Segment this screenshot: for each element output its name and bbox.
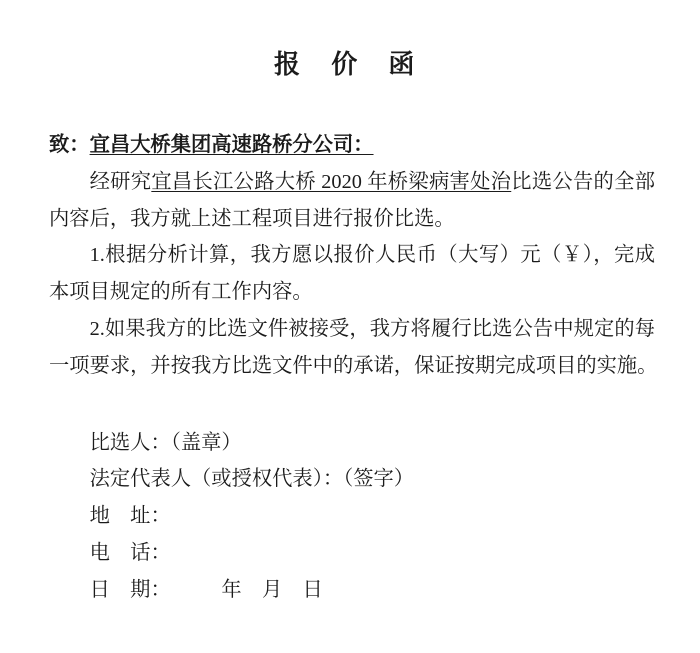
intro-tail: 比选公告的全部 — [511, 171, 655, 193]
salutation-prefix: 致： — [49, 134, 90, 156]
item1-line-1: 1.根据分析计算，我方愿以报价人民币（大写）元（￥），完成 — [49, 237, 655, 274]
bidder-line: 比选人：（盖章） — [90, 425, 655, 462]
item2-line-2: 一项要求，并按我方比选文件中的承诺，保证按期完成项目的实施。 — [49, 348, 655, 385]
intro-line-1: 经研究宜昌长江公路大桥 2020 年桥梁病害处治比选公告的全部 — [49, 164, 655, 201]
document-body: 致：宜昌大桥集团高速路桥分公司： 经研究宜昌长江公路大桥 2020 年桥梁病害处… — [49, 127, 655, 609]
intro-lead: 经研究 — [90, 171, 152, 193]
intro-line-2: 内容后，我方就上述工程项目进行报价比选。 — [49, 201, 655, 238]
legal-representative-line: 法定代表人（或授权代表）：（签字） — [90, 461, 655, 498]
address-line: 地 址： — [90, 498, 655, 535]
salutation-line: 致：宜昌大桥集团高速路桥分公司： — [49, 127, 655, 164]
phone-line: 电 话： — [90, 535, 655, 572]
signature-block: 比选人：（盖章） 法定代表人（或授权代表）：（签字） 地 址： 电 话： 日 期… — [49, 425, 655, 609]
item1-line-2: 本项目规定的所有工作内容。 — [49, 274, 655, 311]
recipient-name: 宜昌大桥集团高速路桥分公司： — [90, 134, 374, 156]
project-name: 宜昌长江公路大桥 2020 年桥梁病害处治 — [151, 171, 511, 193]
quotation-letter-page: 报价函 致：宜昌大桥集团高速路桥分公司： 经研究宜昌长江公路大桥 2020 年桥… — [0, 0, 700, 653]
document-title: 报价函 — [274, 50, 446, 80]
date-line: 日 期： 年 月 日 — [90, 572, 655, 609]
item2-line-1: 2.如果我方的比选文件被接受，我方将履行比选公告中规定的每 — [49, 311, 655, 348]
